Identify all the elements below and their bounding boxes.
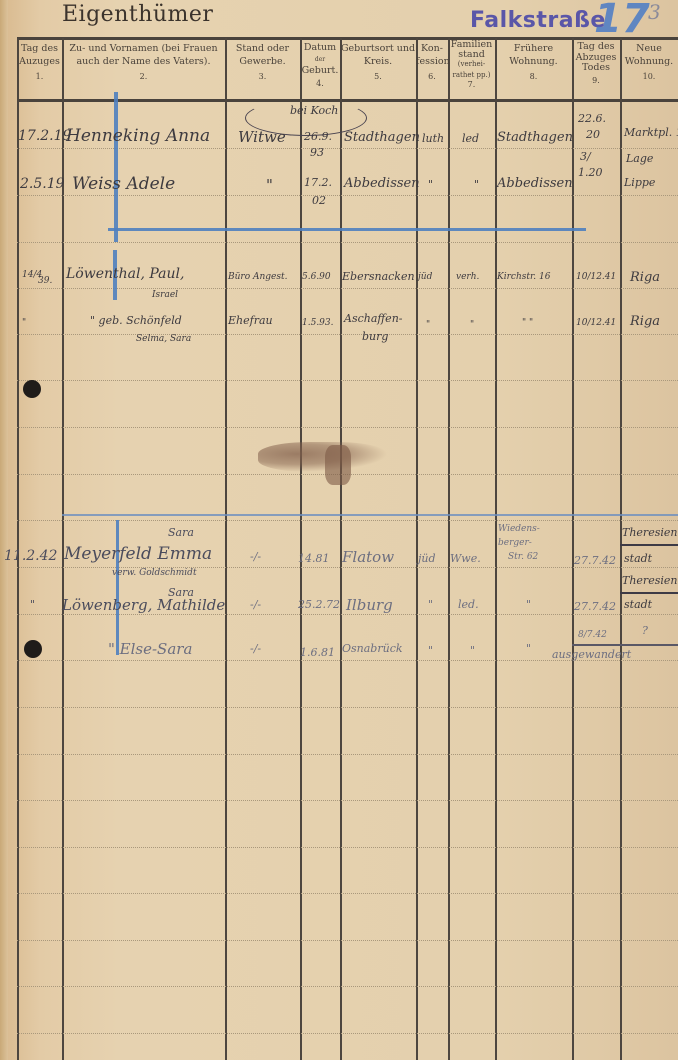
column-header-move-in-date: Tag des Auzuges 1. <box>17 42 62 98</box>
previous-address: Abbedissen <box>497 176 573 191</box>
paper-stain <box>258 442 388 472</box>
resident-name: Weiss Adele <box>72 174 175 194</box>
blue-crayon-strike <box>114 92 118 242</box>
previous-address: Kirchstr. 16 <box>497 272 550 282</box>
resident-name: Löwenberg, Mathilde <box>62 596 225 614</box>
column-divider <box>416 38 418 1060</box>
move-in-date: 17.2.19 <box>18 128 71 144</box>
occupation: -/- <box>250 642 261 655</box>
ruling-line <box>17 847 678 848</box>
move-out-date: 27.7.42 <box>574 554 616 567</box>
occupation-note: bei Koch <box>290 104 338 117</box>
column-divider <box>448 38 450 1060</box>
birth-date: 1.5.93. <box>302 318 334 328</box>
paper-stain <box>325 445 351 485</box>
resident-name: Meyerfeld Emma <box>64 544 212 564</box>
house-number: 17 <box>594 0 650 42</box>
new-address-line2: stadt <box>624 552 652 565</box>
resident-name-note: Israel <box>152 290 178 300</box>
occupation: Büro Angest. <box>228 272 287 282</box>
new-address: Riga <box>630 314 660 329</box>
occupation: -/- <box>250 550 261 563</box>
birthplace: Ebersnacken <box>342 270 415 283</box>
occupation: -/- <box>250 598 261 611</box>
occupation: Ehefrau <box>228 314 273 327</box>
new-address: ? <box>642 624 648 637</box>
blue-crayon-divider <box>62 514 678 516</box>
birthplace-line2: burg <box>362 330 388 343</box>
ruling-line <box>17 940 678 941</box>
resident-name-note: Selma, Sara <box>136 334 191 344</box>
ruling-line <box>17 242 678 243</box>
previous-address: Stadthagen <box>497 130 573 145</box>
column-header-move-out-date: Tag des Abzuges Todes 9. <box>572 42 620 98</box>
birthplace: Ilburg <box>346 596 393 614</box>
occupation: Witwe <box>238 128 286 146</box>
underline <box>572 644 678 646</box>
ruling-line <box>17 334 678 335</box>
resident-name: " geb. Schönfeld <box>90 314 182 327</box>
birthplace: Stadthagen <box>344 130 420 145</box>
column-divider <box>300 38 302 1060</box>
move-in-year: 39. <box>38 276 52 286</box>
underline <box>620 544 678 546</box>
move-out-date: 22.6. <box>578 112 606 125</box>
previous-address-line3: Str. 62 <box>508 552 538 562</box>
move-out-year: 1.20 <box>578 166 603 179</box>
column-header-family-status: Familien stand (verhei- rathet pp.) 7. <box>448 40 495 96</box>
move-in-date: " <box>30 598 35 611</box>
move-in-date: " <box>22 318 26 328</box>
column-divider <box>572 38 574 1060</box>
move-out-date: 8/7.42 <box>578 630 607 640</box>
column-header-birthplace: Geburtsort und Kreis. 5. <box>340 42 416 98</box>
previous-address-line2: berger- <box>498 538 532 548</box>
family-status: led. <box>458 598 479 611</box>
column-header-previous-address: Frühere Wohnung. 8. <box>495 42 572 98</box>
ruling-line <box>17 707 678 708</box>
previous-address: " <box>526 598 531 611</box>
occupation: " <box>266 176 273 194</box>
new-address-line2: Lippe <box>624 176 655 189</box>
birth-date: 17.2. <box>304 176 332 189</box>
family-status: Wwe. <box>450 552 481 565</box>
confession: luth <box>422 132 444 145</box>
birth-date: 25.2.72 <box>298 598 340 611</box>
birthplace: Abbedissen <box>344 176 420 191</box>
punch-hole <box>24 640 42 658</box>
column-header-new-address: Neue Wohnung. 10. <box>620 42 678 98</box>
birth-date: 1.6.81 <box>300 646 335 659</box>
column-divider <box>495 38 497 1060</box>
new-address-line1: Theresien <box>622 526 677 539</box>
family-status: " <box>470 644 475 657</box>
birth-date: 26.9. <box>304 130 332 143</box>
family-status: led <box>462 132 479 145</box>
confession: jüd <box>418 552 436 565</box>
move-out-date: 10/12.41 <box>576 318 616 328</box>
column-header-occupation: Stand oder Gewerbe. 3. <box>225 42 300 98</box>
page-edge <box>0 0 8 1060</box>
underline <box>620 592 678 594</box>
ruling-line <box>17 986 678 987</box>
birth-year: 93 <box>310 146 324 159</box>
sheet-number: 3 <box>648 0 661 24</box>
ruling-line <box>17 754 678 755</box>
punch-hole <box>23 380 41 398</box>
street-stamp: Falkstraße <box>470 8 606 33</box>
birthplace: Osnabrück <box>342 642 403 655</box>
ruling-line <box>17 800 678 801</box>
move-out-year: 20 <box>586 128 600 141</box>
new-address-line1: Lage <box>626 152 653 165</box>
header-rule-top <box>17 37 678 40</box>
birth-date: 14.81 <box>298 552 330 565</box>
move-out-date: 27.7.42 <box>574 600 616 613</box>
family-status: " <box>470 320 474 330</box>
remark: ausgewandert <box>552 648 631 661</box>
birthplace-line1: Aschaffen- <box>344 312 403 325</box>
column-header-confession: Kon- fession 6. <box>416 42 448 98</box>
resident-name: Löwenthal, Paul, <box>66 266 184 282</box>
confession: " <box>428 178 433 191</box>
move-out-date: 3/ <box>580 150 591 163</box>
new-address: Marktpl. 12 <box>624 126 678 139</box>
previous-address-line1: Wiedens- <box>498 524 540 534</box>
confession: " <box>428 598 433 611</box>
blue-crayon-divider <box>108 228 586 231</box>
resident-name-above: Sara <box>168 526 194 539</box>
resident-name-note: verw. Goldschmidt <box>112 568 197 578</box>
move-out-date: 10/12.41 <box>576 272 616 282</box>
ruling-line <box>17 427 678 428</box>
column-header-name: Zu- und Vornamen (bei Frauen auch der Na… <box>62 42 225 98</box>
ruling-line <box>17 1033 678 1034</box>
new-address: Riga <box>630 270 660 285</box>
birth-date: 5.6.90 <box>302 272 331 282</box>
confession: jüd <box>418 272 432 282</box>
confession: " <box>426 320 430 330</box>
confession: " <box>428 644 433 657</box>
family-status: " <box>474 178 479 191</box>
move-in-date: 2.5.19 <box>20 176 65 192</box>
resident-name: " Else-Sara <box>108 640 192 658</box>
previous-address: " " <box>522 318 533 328</box>
birthplace: Flatow <box>342 548 394 566</box>
ruling-line <box>17 893 678 894</box>
move-in-date: 11.2.42 <box>4 548 57 564</box>
column-divider <box>225 38 227 1060</box>
new-address-line1: Theresien <box>622 574 677 587</box>
column-header-birth-date: Datum der Geburt. 4. <box>300 42 340 98</box>
family-status: verh. <box>456 272 479 282</box>
resident-name: Henneking Anna <box>66 126 210 146</box>
column-divider <box>620 38 622 1060</box>
new-address-line2: stadt <box>624 598 652 611</box>
blue-crayon-strike <box>116 520 119 655</box>
page-title: Eigenthümer <box>62 2 213 27</box>
previous-address: " <box>526 642 531 655</box>
birth-year: 02 <box>312 194 326 207</box>
ruling-line <box>17 380 678 381</box>
